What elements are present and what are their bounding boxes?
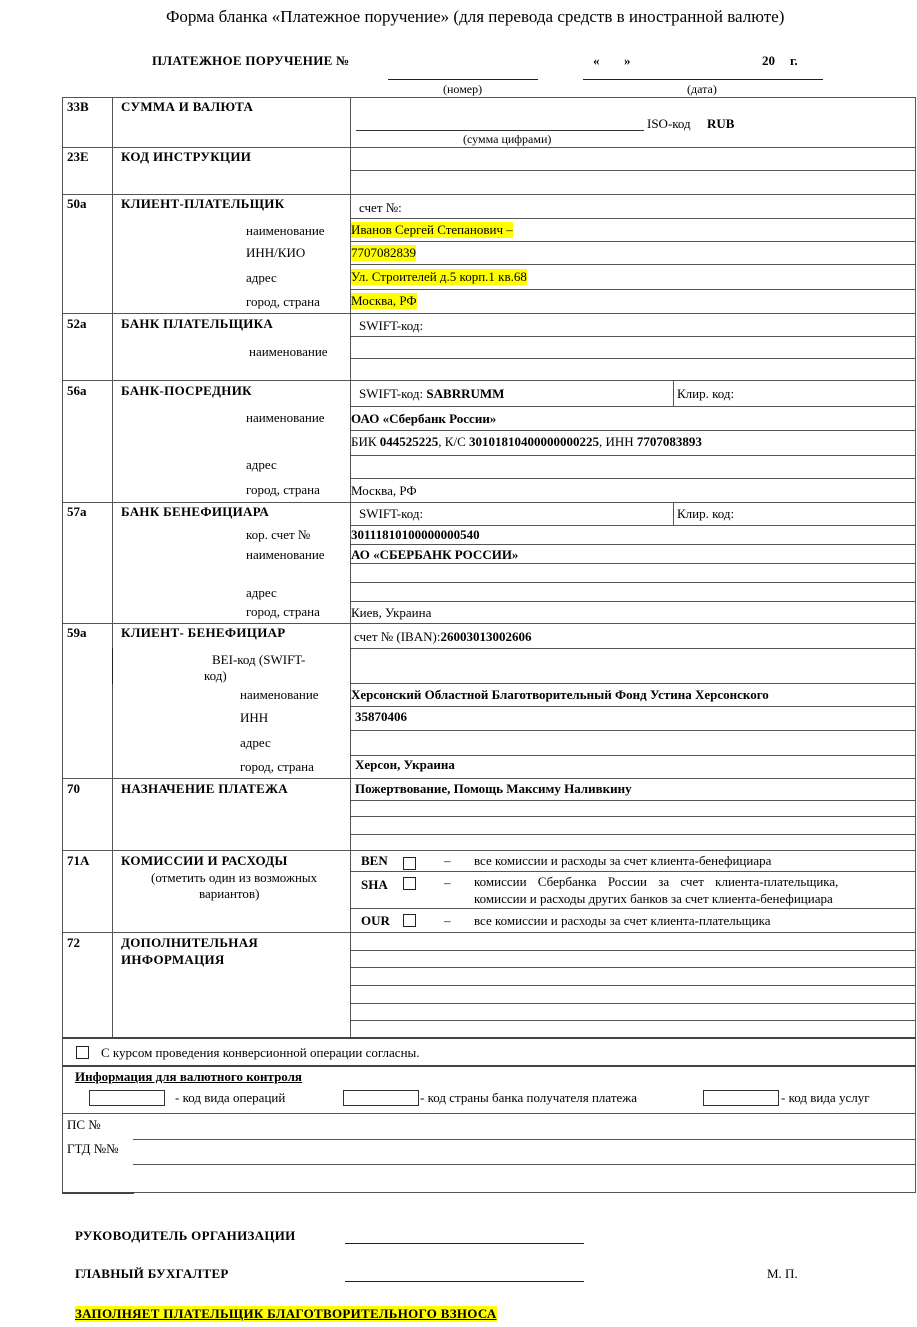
section-70-title: НАЗНАЧЕНИЕ ПЛАТЕЖА: [121, 781, 288, 797]
intermediary-swift-label: SWIFT-код:: [359, 386, 423, 401]
ps-number-field[interactable]: [133, 1115, 915, 1139]
beneficiary-name-label: наименование: [240, 687, 319, 703]
beneficiary-account: счет № (IBAN):26003013002606: [354, 629, 531, 645]
fee-option-ben-dash: –: [444, 853, 451, 869]
beneficiary-bank-name-value[interactable]: АО «СБЕРБАНК РОССИИ»: [351, 547, 518, 563]
iso-code-label: ISO-код: [647, 116, 691, 132]
section-23e-code: 23E: [67, 149, 89, 165]
section-59a-code: 59a: [67, 625, 87, 641]
beneficiary-city-value[interactable]: Херсон, Украина: [355, 757, 455, 773]
payer-bank-name-label: наименование: [249, 344, 328, 360]
date-caption: (дата): [687, 82, 717, 97]
fee-option-ben-checkbox[interactable]: [403, 857, 416, 870]
fee-option-our-dash: –: [444, 913, 451, 929]
instruction-code-field[interactable]: [351, 148, 915, 170]
intermediary-address-label: адрес: [246, 457, 277, 473]
amount-field[interactable]: [356, 113, 644, 130]
date-year-suffix: г.: [790, 53, 798, 69]
conversion-agree-label: С курсом проведения конверсионной операц…: [101, 1045, 420, 1061]
section-72-title-2: ИНФОРМАЦИЯ: [121, 952, 225, 968]
payer-account-label: счет №:: [359, 200, 402, 216]
intermediary-bank-details: БИК 044525225, К/С 30101810400000000225,…: [351, 434, 702, 450]
intermediary-clearing-label: Клир. код:: [677, 386, 734, 402]
service-code-field[interactable]: [703, 1090, 779, 1106]
gtd-number-label: ГТД №№: [67, 1141, 119, 1157]
beneficiary-city-label: город, страна: [240, 759, 314, 775]
section-71a-hint-2: вариантов): [199, 886, 259, 902]
section-50a-code: 50a: [67, 196, 87, 212]
section-71a-hint-1: (отметить один из возможных: [151, 870, 317, 886]
payer-address-value[interactable]: Ул. Строителей д.5 корп.1 кв.68: [351, 269, 527, 285]
beneficiary-inn-value[interactable]: 35870406: [355, 709, 407, 725]
accountant-signature-line[interactable]: [345, 1281, 584, 1282]
beneficiary-name-value[interactable]: Херсонский Областной Благотворительный Ф…: [351, 687, 769, 703]
section-71a-title: КОМИССИИ И РАСХОДЫ: [121, 853, 288, 869]
fee-option-sha-text-1: комиссии Сбербанка России за счет клиент…: [474, 874, 904, 890]
section-57a-title: БАНК БЕНЕФИЦИАРА: [121, 504, 269, 520]
date-year-prefix: 20: [762, 53, 775, 69]
fee-option-ben-code: BEN: [361, 853, 388, 869]
intermediary-name-label: наименование: [246, 410, 325, 426]
payer-city-value[interactable]: Москва, РФ: [351, 293, 417, 309]
beneficiary-bank-corr-value[interactable]: 30111810100000000540: [351, 527, 480, 543]
beneficiary-address-label: адрес: [240, 735, 271, 751]
iso-code-value: RUB: [707, 116, 734, 132]
payment-purpose-value[interactable]: Пожертвование, Помощь Максиму Наливкину: [355, 781, 632, 797]
section-71a-code: 71A: [67, 853, 89, 869]
country-code-field[interactable]: [343, 1090, 419, 1106]
date-quote-open: «: [593, 53, 600, 69]
date-field[interactable]: [583, 79, 823, 80]
beneficiary-bank-city-label: город, страна: [246, 604, 320, 620]
fee-option-sha-text-2: комиссии и расходы других банков за счет…: [474, 891, 833, 907]
intermediary-name-value[interactable]: ОАО «Сбербанк России»: [351, 411, 496, 427]
page-title: Форма бланка «Платежное поручение» (для …: [166, 7, 784, 27]
fee-option-our-code: OUR: [361, 913, 390, 929]
operation-code-field[interactable]: [89, 1090, 165, 1106]
section-72-code: 72: [67, 935, 80, 951]
payer-name-value[interactable]: Иванов Сергей Степанович –: [351, 222, 513, 238]
section-57a-code: 57a: [67, 504, 87, 520]
payer-bank-swift-label: SWIFT-код:: [359, 318, 423, 334]
section-52a-title: БАНК ПЛАТЕЛЬЩИКА: [121, 316, 273, 332]
operation-code-label: - код вида операций: [175, 1090, 285, 1106]
fee-option-ben-text: все комиссии и расходы за счет клиента-б…: [474, 853, 771, 869]
section-72-title-1: ДОПОЛНИТЕЛЬНАЯ: [121, 935, 258, 951]
intermediary-swift-value[interactable]: SABRRUMM: [426, 386, 504, 401]
stamp-label: М. П.: [767, 1266, 798, 1282]
section-23e-title: КОД ИНСТРУКЦИИ: [121, 149, 251, 165]
fee-option-our-checkbox[interactable]: [403, 914, 416, 927]
section-52a-code: 52a: [67, 316, 87, 332]
payer-city-label: город, страна: [246, 294, 320, 310]
beneficiary-bank-city-value[interactable]: Киев, Украина: [351, 605, 431, 621]
intermediary-swift: SWIFT-код: SABRRUMM: [359, 386, 504, 402]
payer-name-label: наименование: [246, 223, 325, 239]
beneficiary-account-value[interactable]: 26003013002606: [440, 629, 531, 644]
beneficiary-bank-name-label: наименование: [246, 547, 325, 563]
head-signature-label: РУКОВОДИТЕЛЬ ОРГАНИЗАЦИИ: [75, 1228, 296, 1244]
service-code-label: - код вида услуг: [781, 1090, 870, 1106]
footer-note: ЗАПОЛНЯЕТ ПЛАТЕЛЬЩИК БЛАГОТВОРИТЕЛЬНОГО …: [75, 1306, 497, 1322]
intermediary-city-value[interactable]: Москва, РФ: [351, 483, 417, 499]
number-field[interactable]: [388, 79, 538, 80]
beneficiary-bei-label-1: BEI-код (SWIFT-: [212, 652, 305, 668]
country-code-label: - код страны банка получателя платежа: [420, 1090, 637, 1106]
fee-option-sha-dash: –: [444, 875, 451, 891]
number-caption: (номер): [443, 82, 482, 97]
section-56a-title: БАНК-ПОСРЕДНИК: [121, 383, 252, 399]
currency-control-title: Информация для валютного контроля: [75, 1069, 302, 1085]
beneficiary-bank-clearing-label: Клир. код:: [677, 506, 734, 522]
fee-option-our-text: все комиссии и расходы за счет клиента-п…: [474, 913, 771, 929]
fee-option-sha-code: SHA: [361, 877, 388, 893]
ps-number-label: ПС №: [67, 1117, 101, 1133]
gtd-number-field[interactable]: [133, 1140, 915, 1164]
intermediary-city-label: город, страна: [246, 482, 320, 498]
section-70-code: 70: [67, 781, 80, 797]
section-56a-code: 56a: [67, 383, 87, 399]
beneficiary-bank-swift-label: SWIFT-код:: [359, 506, 423, 522]
beneficiary-bank-address-label: адрес: [246, 585, 277, 601]
section-33b-title: СУММА И ВАЛЮТА: [121, 99, 253, 115]
conversion-agree-checkbox[interactable]: [76, 1046, 89, 1059]
beneficiary-bei-label-2: код): [204, 668, 227, 684]
section-33b-code: 33B: [67, 99, 89, 115]
section-59a-title: КЛИЕНТ- БЕНЕФИЦИАР: [121, 625, 286, 641]
amount-caption: (сумма цифрами): [463, 132, 551, 147]
payer-inn-label: ИНН/КИО: [246, 245, 305, 261]
payer-address-label: адрес: [246, 270, 277, 286]
section-50a-title: КЛИЕНТ-ПЛАТЕЛЬЩИК: [121, 196, 284, 212]
head-signature-line[interactable]: [345, 1243, 584, 1244]
date-quote-close: »: [624, 53, 631, 69]
fee-option-sha-checkbox[interactable]: [403, 877, 416, 890]
beneficiary-bank-corr-label: кор. счет №: [246, 527, 310, 543]
payer-inn-value[interactable]: 7707082839: [351, 245, 416, 261]
payment-order-label: ПЛАТЕЖНОЕ ПОРУЧЕНИЕ №: [152, 53, 350, 69]
accountant-signature-label: ГЛАВНЫЙ БУХГАЛТЕР: [75, 1266, 229, 1282]
beneficiary-inn-label: ИНН: [240, 710, 268, 726]
beneficiary-account-label: счет № (IBAN):: [354, 629, 440, 644]
